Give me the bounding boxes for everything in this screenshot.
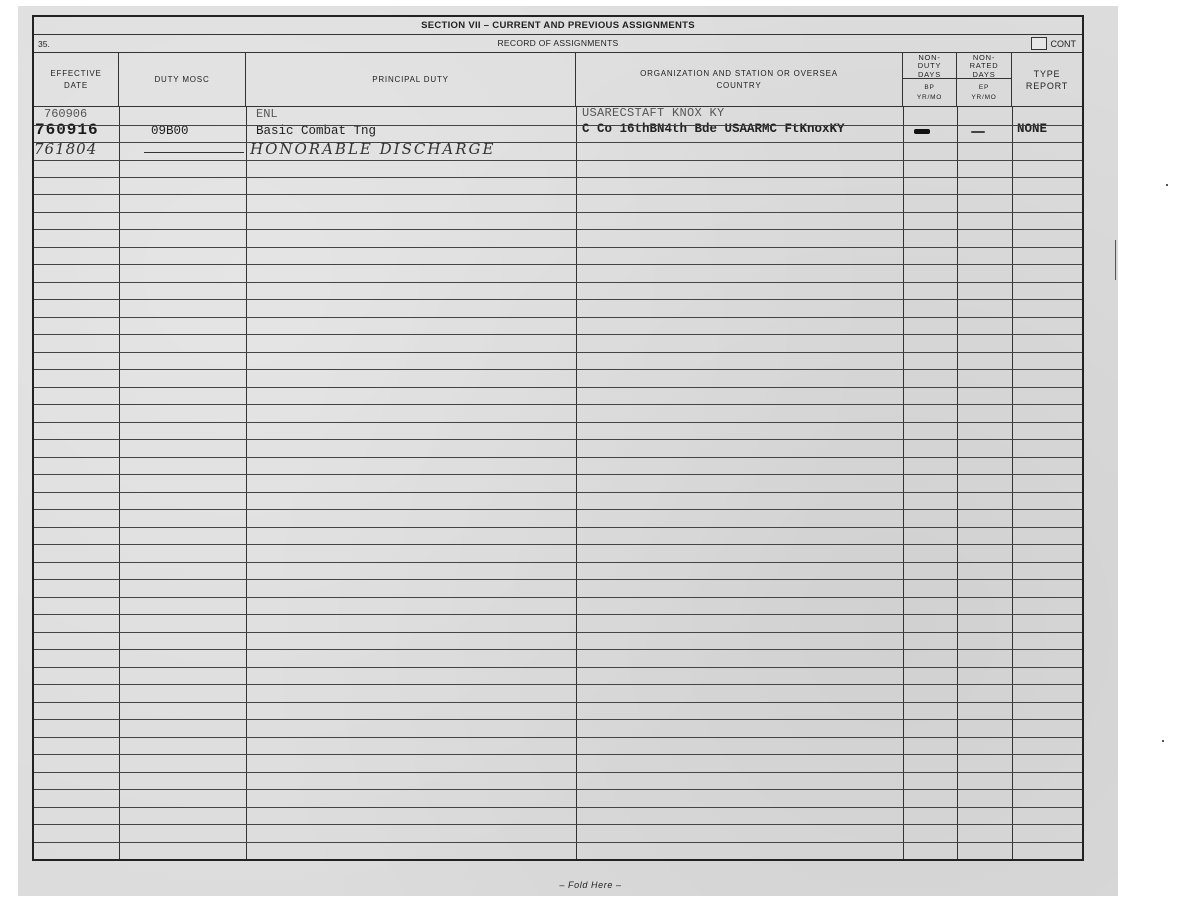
row-divider	[34, 474, 1082, 475]
row-divider	[34, 527, 1082, 528]
record-header-row: 35. RECORD OF ASSIGNMENTS CONT	[34, 35, 1082, 53]
row1-principal-duty: ENL	[256, 107, 278, 121]
redacted-mark	[914, 129, 930, 134]
header-non-rated-days: NON- RATED DAYS EP YR/MO	[957, 53, 1012, 106]
row-divider	[34, 282, 1082, 283]
row-divider	[34, 125, 1082, 126]
column-divider	[576, 107, 577, 859]
row-divider	[34, 299, 1082, 300]
row-divider	[34, 317, 1082, 318]
row-divider	[34, 142, 1082, 143]
row-divider	[34, 212, 1082, 213]
cont-checkbox-group[interactable]: CONT	[1031, 37, 1077, 50]
row-divider	[34, 247, 1082, 248]
header-type-report: TYPE REPORT	[1012, 53, 1082, 106]
row1-organization: USARECSTAFT KNOX KY	[582, 106, 725, 120]
row-divider	[34, 492, 1082, 493]
column-header-row: EFFECTIVE DATE DUTY MOSC PRINCIPAL DUTY …	[34, 53, 1082, 107]
row-divider	[34, 369, 1082, 370]
row-divider	[34, 160, 1082, 161]
row-divider	[34, 387, 1082, 388]
row-divider	[34, 597, 1082, 598]
header-duty-mosc: DUTY MOSC	[119, 53, 246, 106]
row-divider	[34, 334, 1082, 335]
row-divider	[34, 457, 1082, 458]
dash-mark	[971, 131, 985, 133]
row-divider	[34, 684, 1082, 685]
record-title: RECORD OF ASSIGNMENTS	[34, 38, 1082, 48]
column-divider	[957, 107, 958, 859]
row-divider	[34, 772, 1082, 773]
row-divider	[34, 404, 1082, 405]
row-divider	[34, 737, 1082, 738]
header-non-duty-days: NON- DUTY DAYS BP YR/MO	[903, 53, 957, 106]
header-principal-duty: PRINCIPAL DUTY	[246, 53, 576, 106]
row-divider	[34, 789, 1082, 790]
row-divider	[34, 824, 1082, 825]
row-divider	[34, 632, 1082, 633]
column-divider	[1012, 107, 1013, 859]
header-bp-yrmo-label: BP YR/MO	[915, 83, 945, 103]
row-divider	[34, 579, 1082, 580]
paper-edge-mark	[1115, 240, 1116, 280]
paper-speck	[1166, 184, 1168, 186]
fold-here-label: – Fold Here –	[0, 880, 1181, 890]
assignments-form: SECTION VII – CURRENT AND PREVIOUS ASSIG…	[32, 15, 1084, 861]
row-divider	[34, 702, 1082, 703]
row-divider	[34, 439, 1082, 440]
row-divider	[34, 177, 1082, 178]
row-divider	[34, 229, 1082, 230]
header-type-report-label: TYPE REPORT	[1022, 68, 1072, 92]
row-divider	[34, 352, 1082, 353]
header-principal-duty-label: PRINCIPAL DUTY	[372, 74, 449, 86]
row-divider	[34, 754, 1082, 755]
section-title: SECTION VII – CURRENT AND PREVIOUS ASSIG…	[34, 17, 1082, 35]
row3-duty-mosc-dash	[144, 152, 244, 153]
header-organization: ORGANIZATION AND STATION OR OVERSEA COUN…	[576, 53, 903, 106]
row-divider	[34, 509, 1082, 510]
row-divider	[34, 807, 1082, 808]
row-divider	[34, 194, 1082, 195]
assignment-grid: 760906 ENL USARECSTAFT KNOX KY 760916 09…	[34, 107, 1082, 859]
row-divider	[34, 264, 1082, 265]
row2-duty-mosc: 09B00	[151, 124, 189, 138]
cont-checkbox[interactable]	[1031, 37, 1047, 50]
row-divider	[34, 562, 1082, 563]
column-divider	[903, 107, 904, 859]
row-divider	[34, 842, 1082, 843]
row1-effective-date: 760906	[44, 107, 87, 121]
paper-speck	[1162, 740, 1164, 742]
row-divider	[34, 649, 1082, 650]
cont-label: CONT	[1051, 39, 1077, 49]
column-divider	[246, 107, 247, 859]
row-divider	[34, 667, 1082, 668]
column-divider	[119, 107, 120, 859]
header-non-rated-days-label: NON- RATED DAYS	[967, 54, 1001, 80]
header-effective-date-label: EFFECTIVE DATE	[46, 68, 106, 92]
row-divider	[34, 422, 1082, 423]
header-duty-mosc-label: DUTY MOSC	[154, 74, 209, 86]
header-effective-date: EFFECTIVE DATE	[34, 53, 119, 106]
row-divider	[34, 544, 1082, 545]
row2-principal-duty: Basic Combat Tng	[256, 124, 376, 138]
header-non-duty-days-label: NON- DUTY DAYS	[915, 54, 945, 80]
row-divider	[34, 719, 1082, 720]
header-ep-yrmo-label: EP YR/MO	[969, 83, 999, 103]
row-divider	[34, 614, 1082, 615]
header-organization-label: ORGANIZATION AND STATION OR OVERSEA COUN…	[639, 68, 839, 92]
